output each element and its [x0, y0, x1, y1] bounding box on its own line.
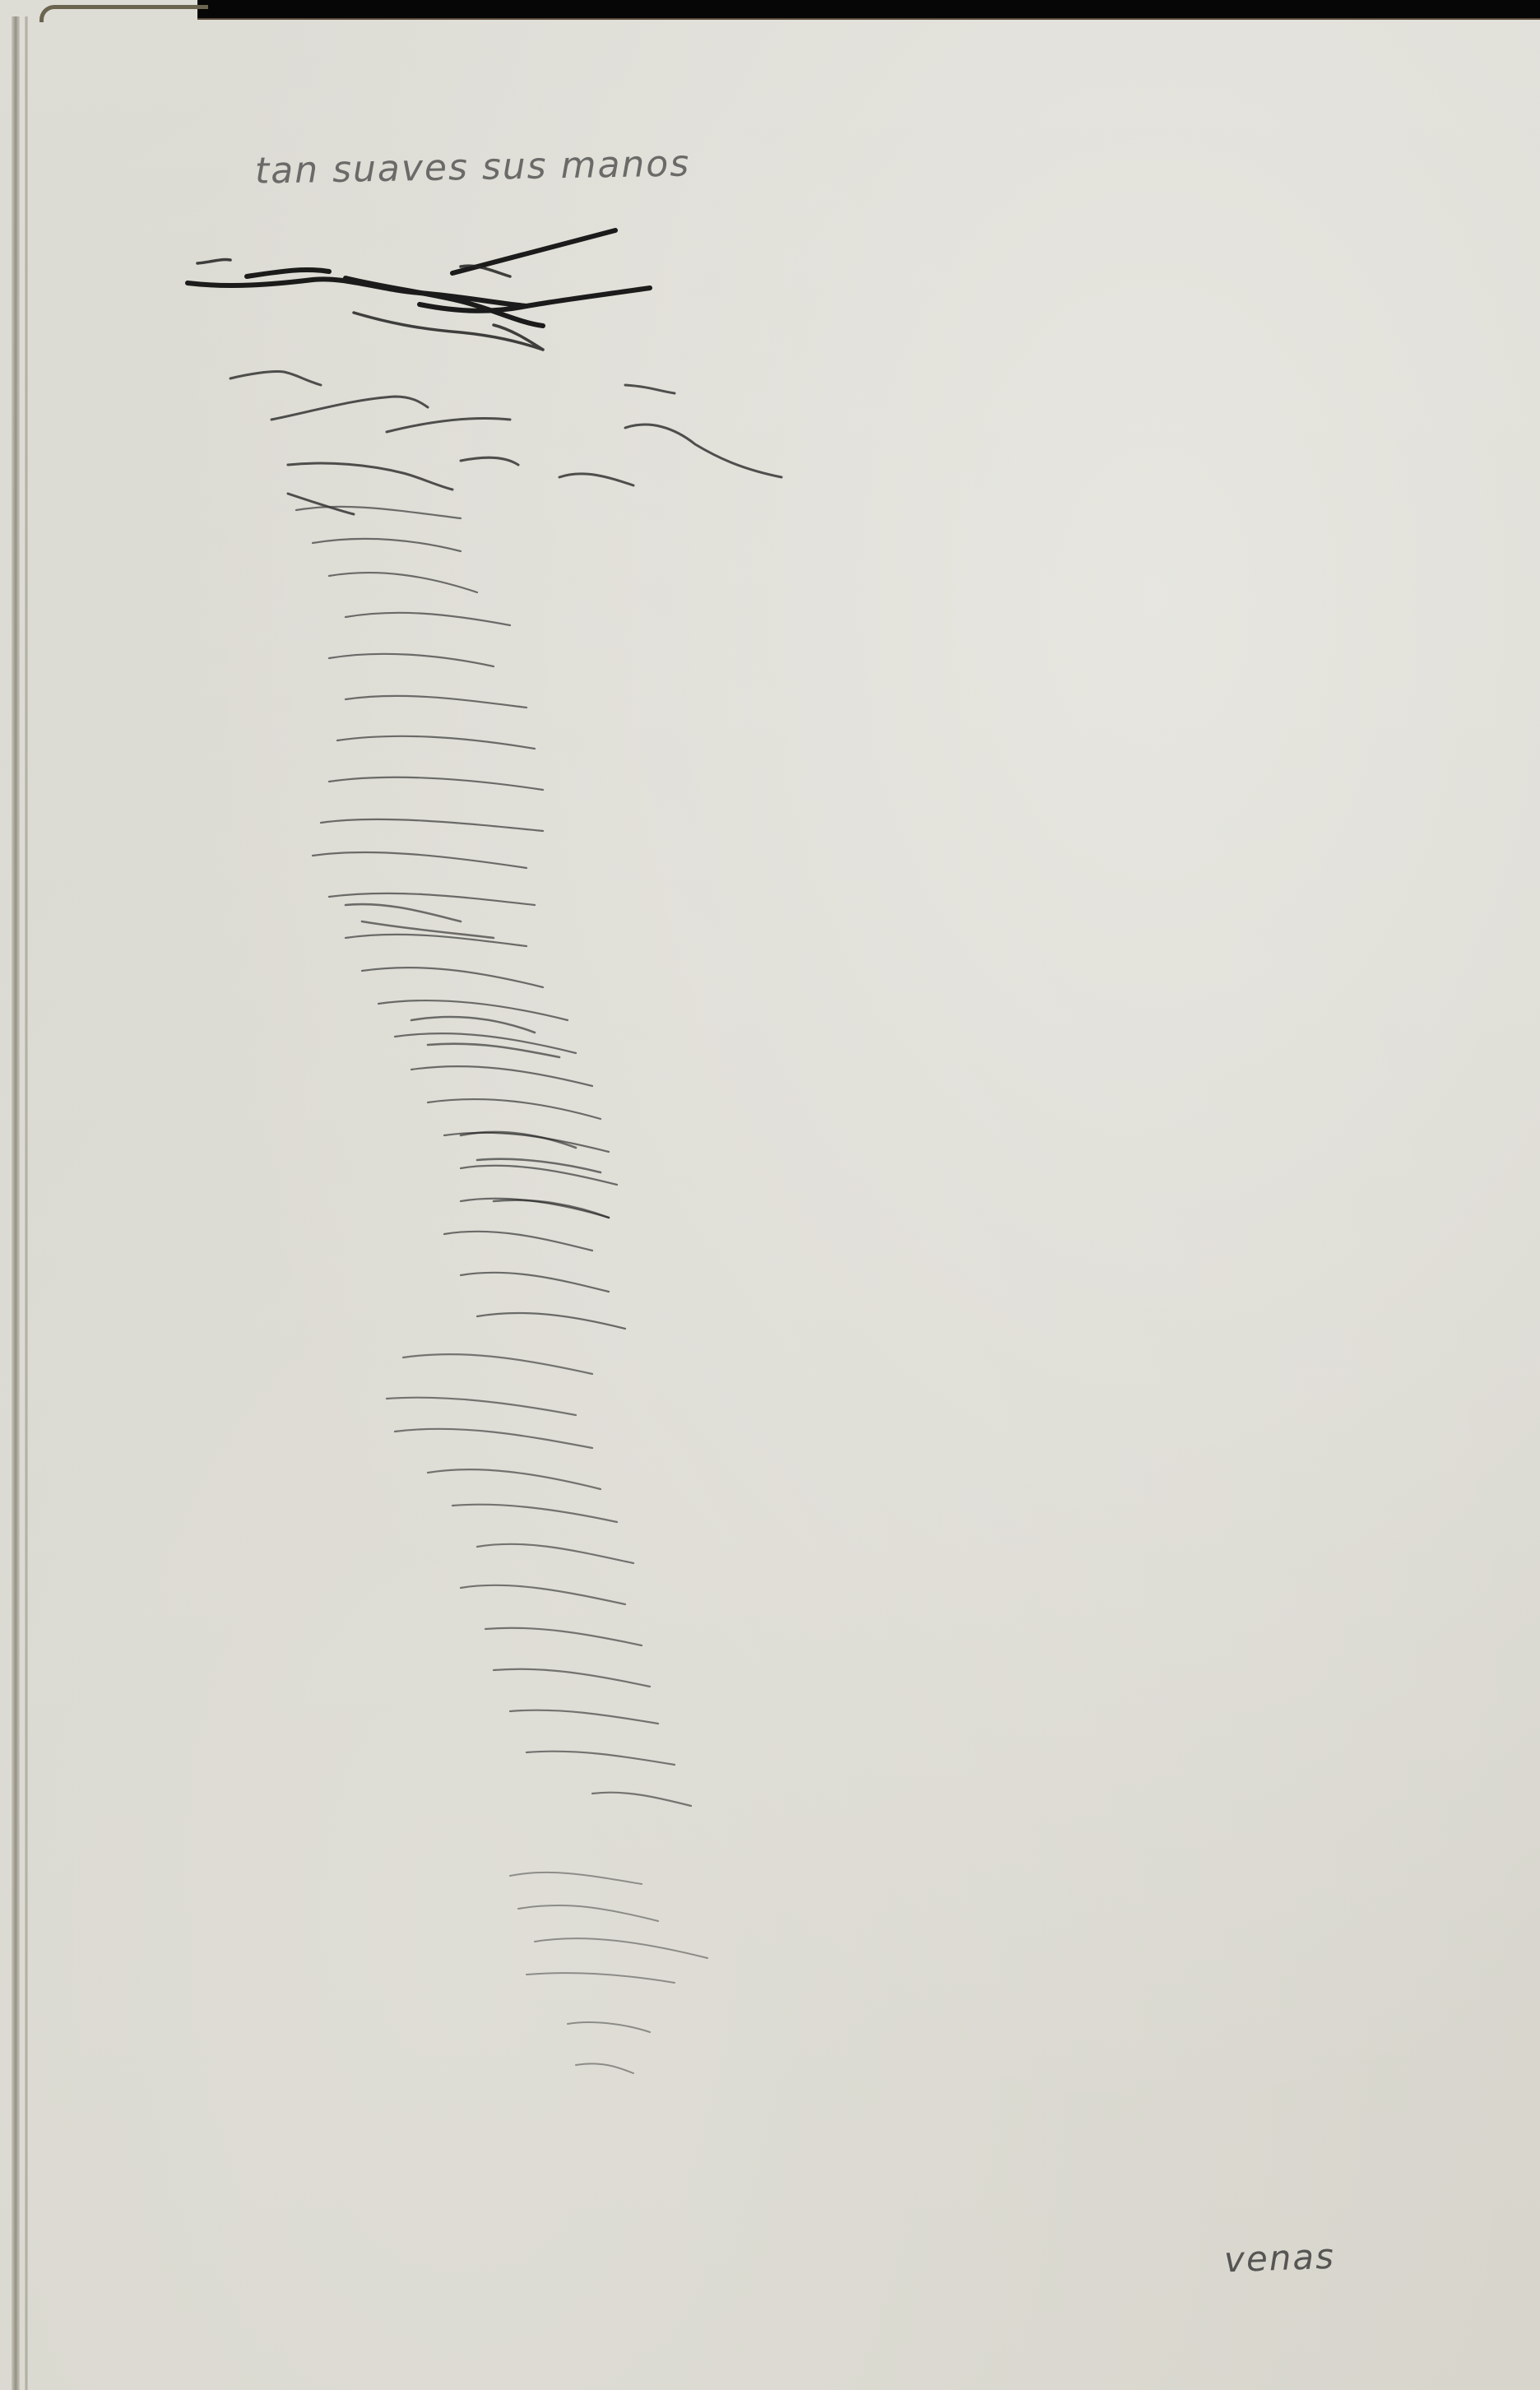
- handwritten-caption-top: tan suaves sus manos: [255, 142, 691, 192]
- handwritten-caption-bottom: venas: [1223, 2236, 1336, 2281]
- vein-sketch-drawing: [0, 0, 1540, 2390]
- sketchbook-page: tan suaves sus manos venas: [0, 0, 1540, 2390]
